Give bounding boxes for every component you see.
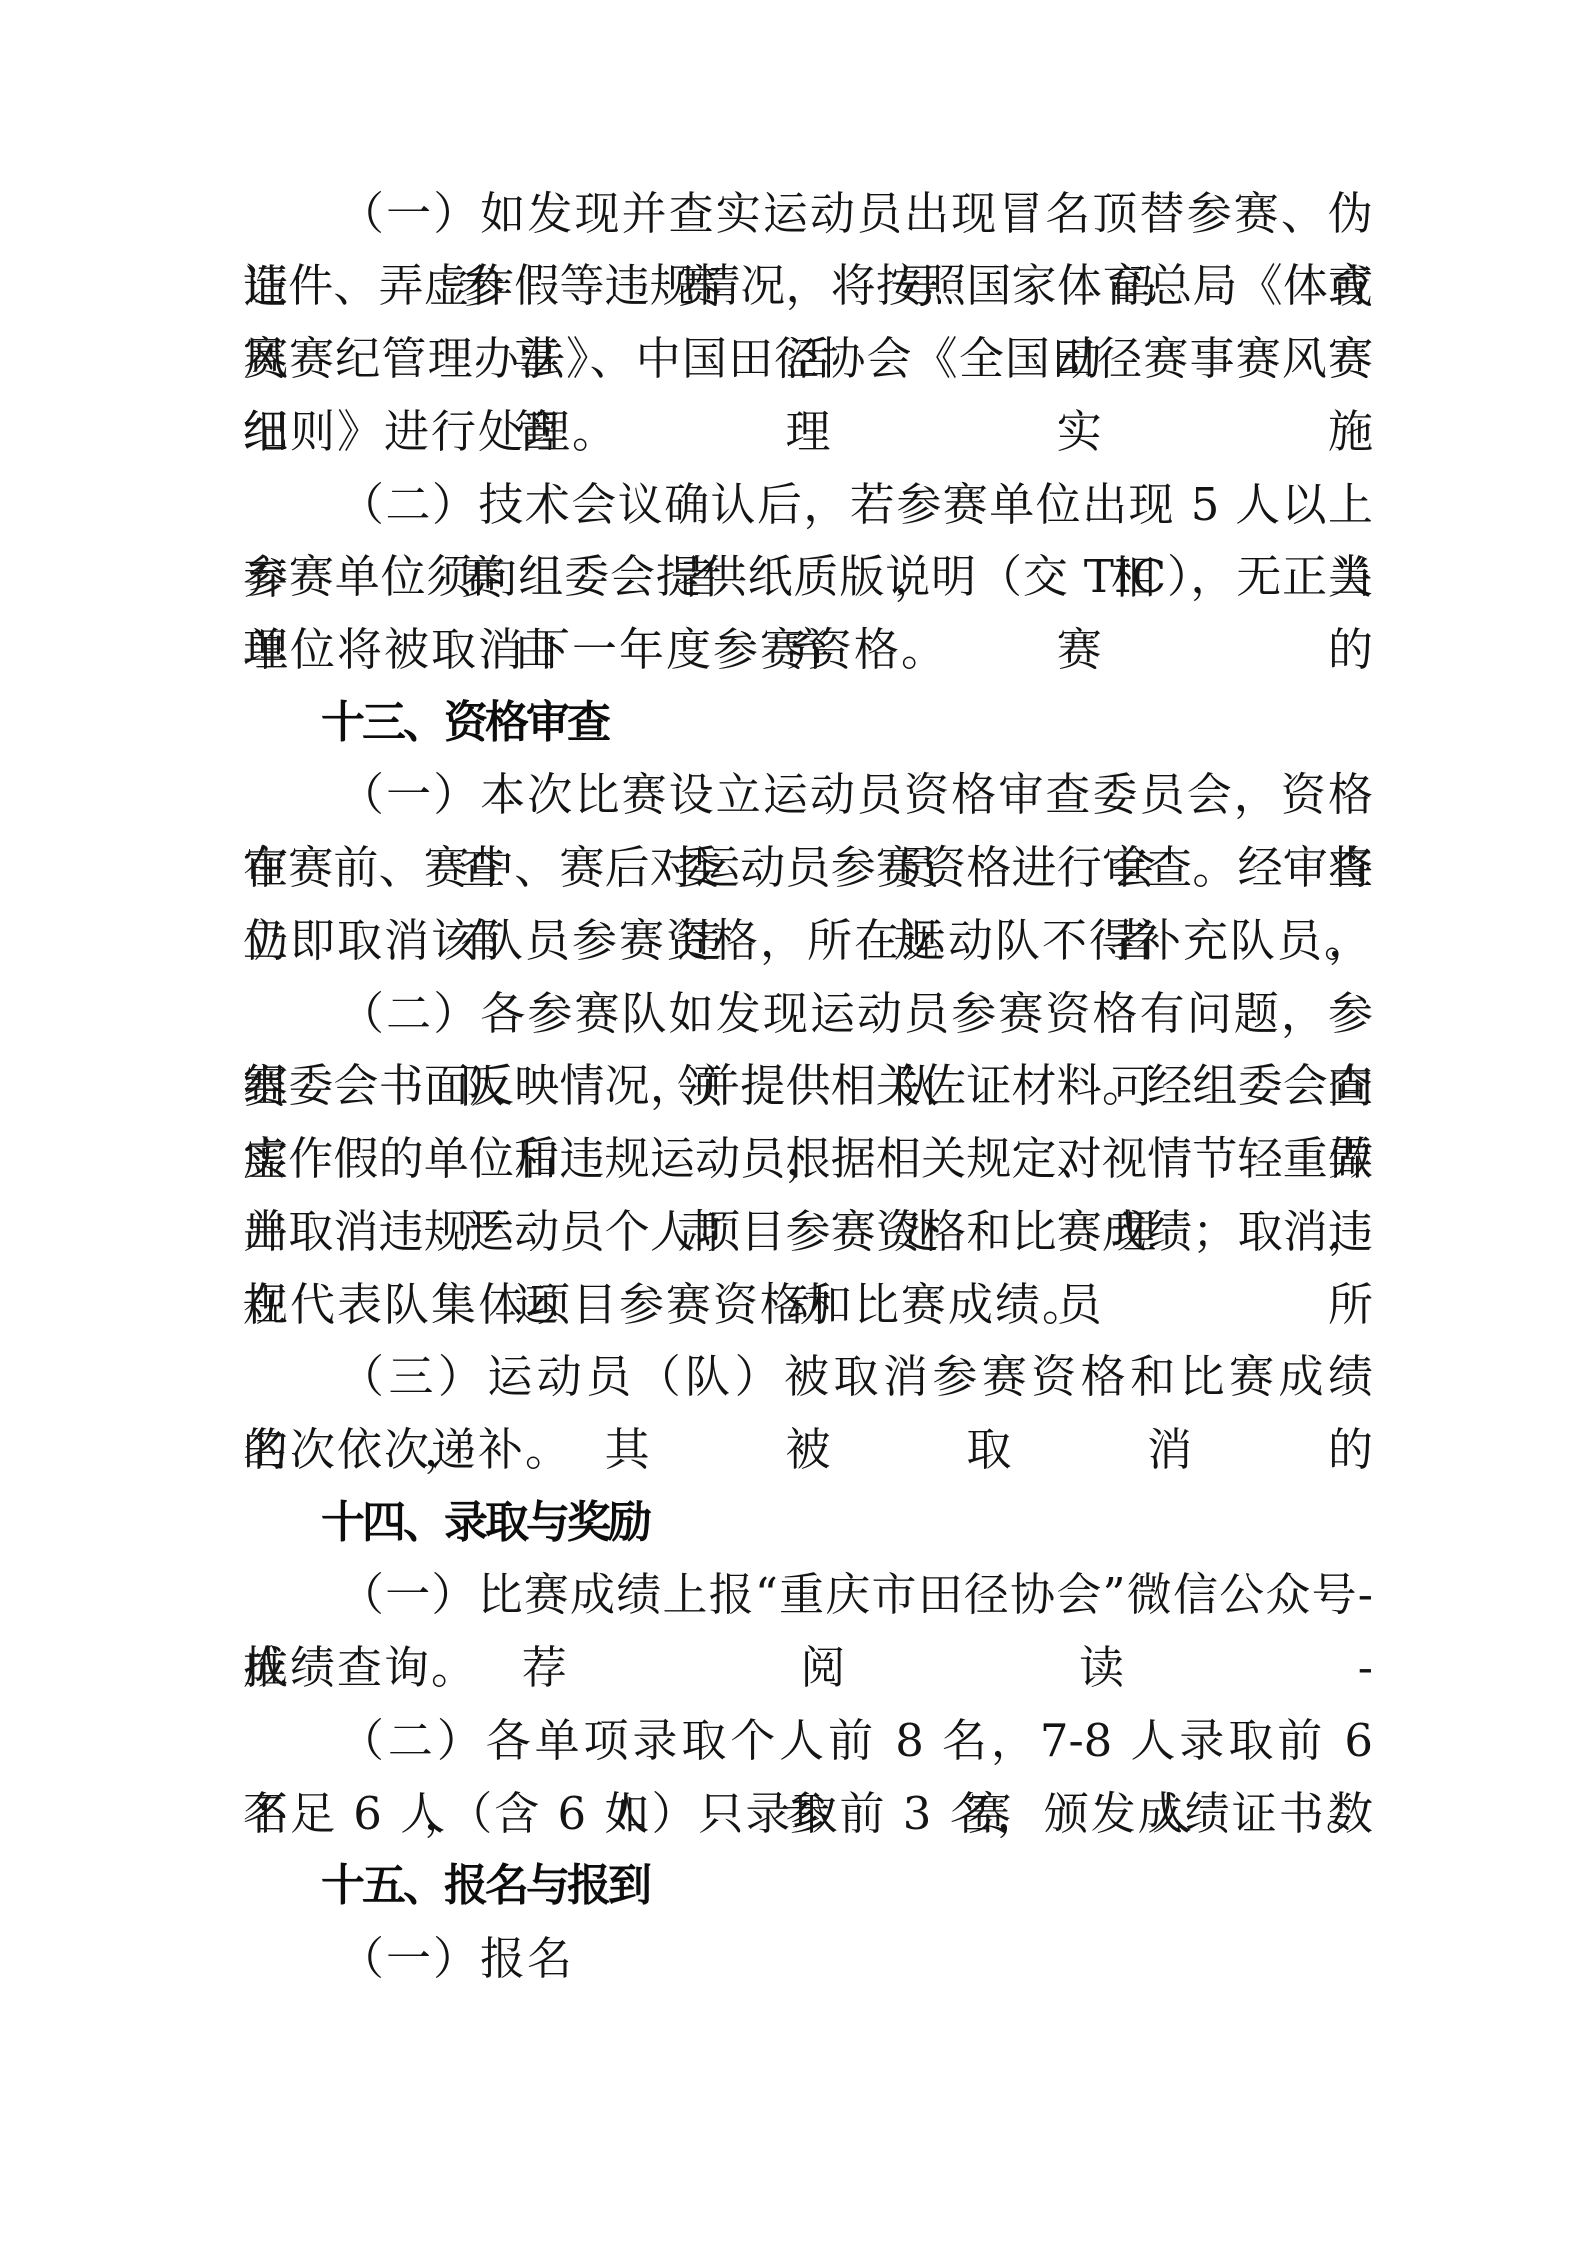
text-line: 立即取消该队员参赛资格，所在运动队不得补充队员。 <box>243 904 1373 977</box>
text-line: （二）各参赛队如发现运动员参赛资格有问题，参赛队领队可向 <box>243 977 1373 1050</box>
document-page: （一）如发现并查实运动员出现冒名顶替参赛、伪造参赛号码或证件、弄虚作假等违规情况… <box>0 0 1587 2245</box>
text-line: 参赛单位须向组委会提供纸质版说明（交 TIC），无正当理由弃赛的 <box>243 540 1373 613</box>
text-line: 在代表队集体项目参赛资格和比赛成绩。 <box>243 1268 1373 1341</box>
text-line: 虚作假的单位和违规运动员根据相关规定、视情节轻重做出严肃处理， <box>243 1122 1373 1195</box>
text-line: （二）各单项录取个人前 8 名，7-8 人录取前 6 名，如参赛人数 <box>243 1704 1373 1777</box>
text-line: （三）运动员（队）被取消参赛资格和比赛成绩的，其被取消的 <box>243 1340 1373 1413</box>
text-line: （二）技术会议确认后，若参赛单位出现 5 人以上弃赛者，相关 <box>243 468 1373 541</box>
section-heading: 十三、资格审查 <box>243 686 1373 759</box>
text-line: 名次依次递补。 <box>243 1413 1373 1486</box>
text-line: 细则》进行处理。 <box>243 395 1373 468</box>
text-line: 证件、弄虚作假等违规情况，将按照国家体育总局《体育赛事活动赛 <box>243 249 1373 322</box>
section-heading: 十五、报名与报到 <box>243 1849 1373 1922</box>
text-line: 风赛纪管理办法》、中国田径协会《全国田径赛事赛风赛纪管理实施 <box>243 322 1373 395</box>
text-line: （一）如发现并查实运动员出现冒名顶替参赛、伪造参赛号码或 <box>243 177 1373 250</box>
text-line: 在赛前、赛中、赛后对运动员参赛资格进行审查。经审查仍有违规者， <box>243 831 1373 904</box>
text-line: 并取消违规运动员个人项目参赛资格和比赛成绩；取消违规运动员所 <box>243 1195 1373 1268</box>
text-line: 组委会书面反映情况，并提供相关佐证材料。经组委会查实后，对弄 <box>243 1049 1373 1122</box>
text-line: （一）本次比赛设立运动员资格审查委员会，资格审查委员会将 <box>243 758 1373 831</box>
text-line: 成绩查询。 <box>243 1631 1373 1704</box>
text-line: 单位将被取消下一年度参赛资格。 <box>243 613 1373 686</box>
text-line: （一）比赛成绩上报“重庆市田径协会”微信公众号-推荐阅读- <box>243 1558 1373 1631</box>
text-line: （一）报名 <box>243 1922 1373 1995</box>
section-heading: 十四、录取与奖励 <box>243 1486 1373 1559</box>
text-line: 不足 6 人（含 6 人）只录取前 3 名，颁发成绩证书。 <box>243 1777 1373 1850</box>
